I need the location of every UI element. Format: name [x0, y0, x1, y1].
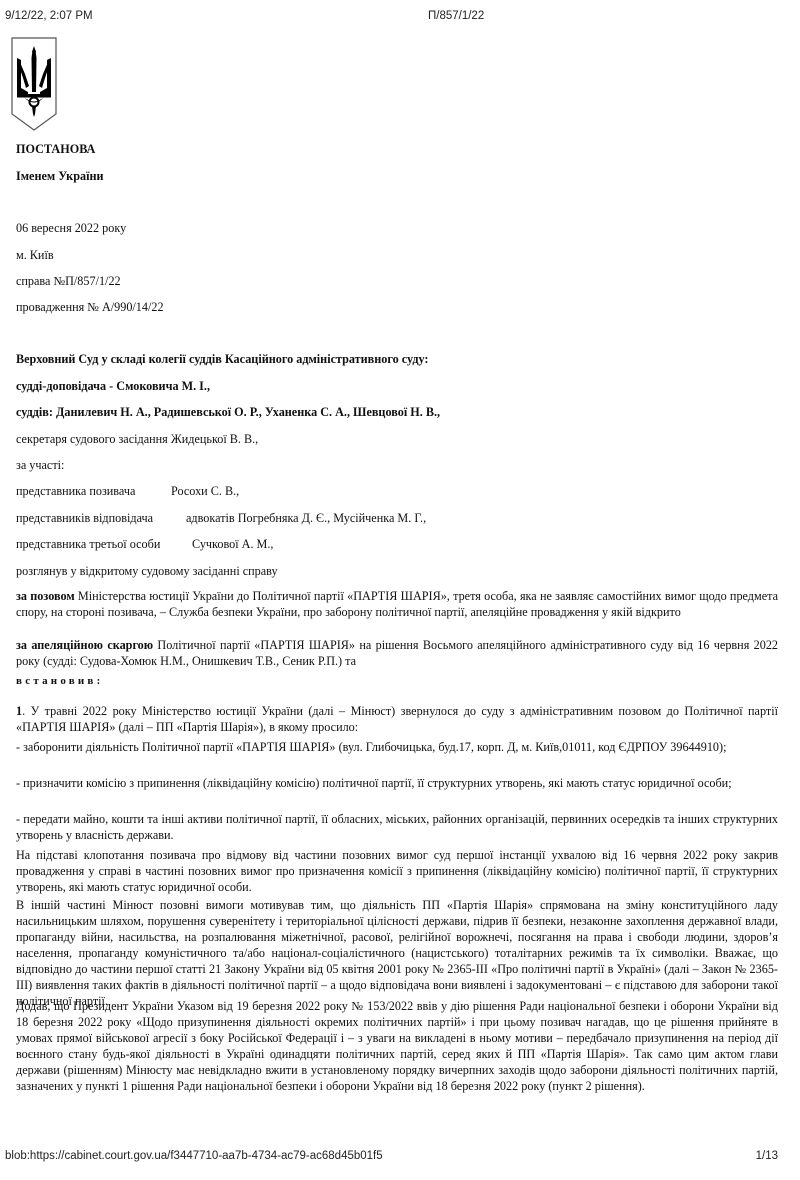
representative-defendant: представників відповідача адвокатів Погр…: [16, 510, 426, 526]
coat-of-arms-of-ukraine-icon: [10, 36, 58, 132]
request-item: - заборонити діяльність Політичної парті…: [16, 739, 778, 755]
appeal-lead: за апеляційною скаргою: [16, 638, 153, 652]
representative-role: представника позивача: [16, 483, 171, 499]
resolution-date: 06 вересня 2022 року: [16, 220, 126, 236]
court-composition: Верховний Суд у складі колегії суддів Ка…: [16, 351, 428, 367]
paragraph-1: 1. У травні 2022 року Міністерство юстиц…: [16, 703, 778, 735]
print-datetime: 9/12/22, 2:07 PM: [5, 10, 93, 22]
print-doc-title: П/857/1/22: [428, 10, 484, 22]
representative-name: Сучкової А. М.,: [192, 536, 273, 552]
representative-name: Росохи С. В.,: [171, 483, 239, 499]
case-number: справа №П/857/1/22: [16, 273, 121, 289]
participation-label: за участі:: [16, 457, 64, 473]
document-subtitle: Іменем України: [16, 168, 104, 184]
appeal-paragraph: за апеляційною скаргою Політичної партії…: [16, 637, 778, 669]
print-footer: blob:https://cabinet.court.gov.ua/f34477…: [0, 1150, 800, 1166]
print-url: blob:https://cabinet.court.gov.ua/f34477…: [5, 1150, 383, 1162]
lawsuit-lead: за позовом: [16, 589, 75, 603]
lawsuit-paragraph: за позовом Міністерства юстиції України …: [16, 588, 778, 620]
representative-role: представника третьої особи: [16, 536, 192, 552]
proceeding-number: провадження № А/990/14/22: [16, 299, 164, 315]
judges-list: суддів: Данилевич Н. А., Радишевської О.…: [16, 404, 440, 420]
paragraph-4: Додав, що Президент України Указом від 1…: [16, 998, 778, 1094]
representative-role: представників відповідача: [16, 510, 186, 526]
paragraph-2: На підставі клопотання позивача про відм…: [16, 847, 778, 895]
judge-rapporteur: судді-доповідача - Смоковича М. І.,: [16, 378, 210, 394]
representative-name: адвокатів Погребняка Д. Є., Мусійченка М…: [186, 510, 426, 526]
page-number: 1/13: [756, 1150, 778, 1162]
representative-third-party: представника третьої особи Сучкової А. М…: [16, 536, 273, 552]
court-secretary: секретаря судового засідання Жидецької В…: [16, 431, 258, 447]
lawsuit-text: Міністерства юстиції України до Політичн…: [16, 589, 778, 619]
request-item: - призначити комісію з припинення (лікві…: [16, 775, 778, 791]
resolution-city: м. Київ: [16, 247, 54, 263]
request-item: - передати майно, кошти та інші активи п…: [16, 811, 778, 843]
document-title: ПОСТАНОВА: [16, 141, 95, 157]
representative-plaintiff: представника позивача Росохи С. В.,: [16, 483, 239, 499]
paragraph-3: В іншій частині Мінюст позовні вимоги мо…: [16, 897, 778, 1009]
reviewed-statement: розглянув у відкритому судовому засіданн…: [16, 563, 278, 579]
paragraph-text: . У травні 2022 року Міністерство юстиці…: [16, 704, 778, 734]
established-heading: встановив:: [16, 673, 778, 689]
print-header: 9/12/22, 2:07 PM П/857/1/22: [0, 10, 800, 26]
